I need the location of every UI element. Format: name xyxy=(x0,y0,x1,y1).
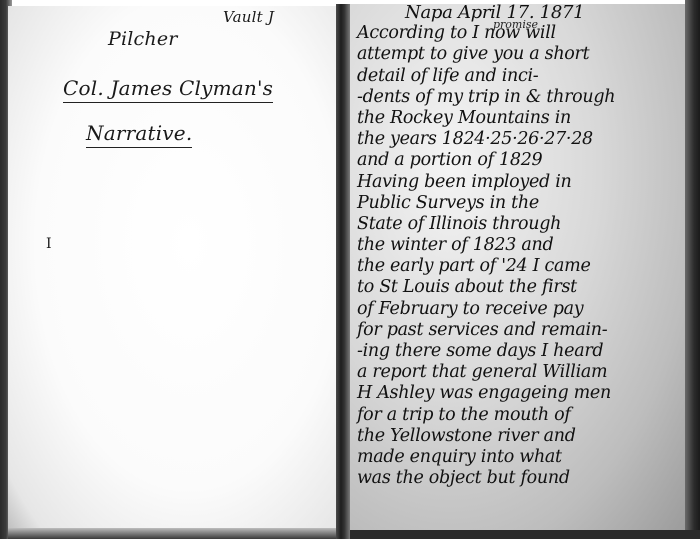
left-page-shadow xyxy=(8,528,340,539)
manuscript-line: Public Surveys in the xyxy=(357,193,687,214)
manuscript-line: the winter of 1823 and xyxy=(357,235,687,256)
manuscript-line: and a portion of 1829 xyxy=(357,150,687,171)
book-gutter xyxy=(336,4,350,539)
manuscript-text: Napa April 17. 1871 According to I now w… xyxy=(357,2,687,489)
manuscript-line: made enquiry into what xyxy=(357,447,687,468)
manuscript-line: the early part of '24 I came xyxy=(357,256,687,277)
manuscript-line: the years 1824·25·26·27·28 xyxy=(357,129,687,150)
manuscript-heading: Napa April 17. 1871 xyxy=(357,2,687,23)
manuscript-line: the Yellowstone river and xyxy=(357,426,687,447)
manuscript-line: According to I now will xyxy=(357,23,687,44)
manuscript-line: detail of life and inci- xyxy=(357,66,687,87)
manuscript-line: of February to receive pay xyxy=(357,299,687,320)
manuscript-line: for a trip to the mouth of xyxy=(357,405,687,426)
right-binding-edge xyxy=(685,0,700,539)
manuscript-line: was the object but found xyxy=(357,468,687,489)
manuscript-line: State of Illinois through xyxy=(357,214,687,235)
margin-mark: I xyxy=(46,236,52,252)
manuscript-line: -ing there some days I heard xyxy=(357,341,687,362)
author-name: Pilcher xyxy=(108,28,178,50)
manuscript-line: -dents of my trip in & through xyxy=(357,87,687,108)
manuscript-line: to St Louis about the first xyxy=(357,277,687,298)
manuscript-line: attempt to give you a short xyxy=(357,44,687,65)
right-page-shadow xyxy=(350,530,700,539)
manuscript-spread: Vault J Pilcher Col. James Clyman's Narr… xyxy=(0,0,700,539)
title-line-1: Col. James Clyman's xyxy=(63,76,273,103)
manuscript-line: a report that general William xyxy=(357,362,687,383)
manuscript-line: for past services and remain- xyxy=(357,320,687,341)
manuscript-line: H Ashley was engageing men xyxy=(357,383,687,404)
manuscript-line: the Rockey Mountains in xyxy=(357,108,687,129)
catalog-note: Vault J xyxy=(223,8,274,26)
manuscript-line: Having been imployed in xyxy=(357,172,687,193)
title-line-2: Narrative. xyxy=(86,121,192,148)
left-page: Vault J Pilcher Col. James Clyman's Narr… xyxy=(8,6,338,534)
